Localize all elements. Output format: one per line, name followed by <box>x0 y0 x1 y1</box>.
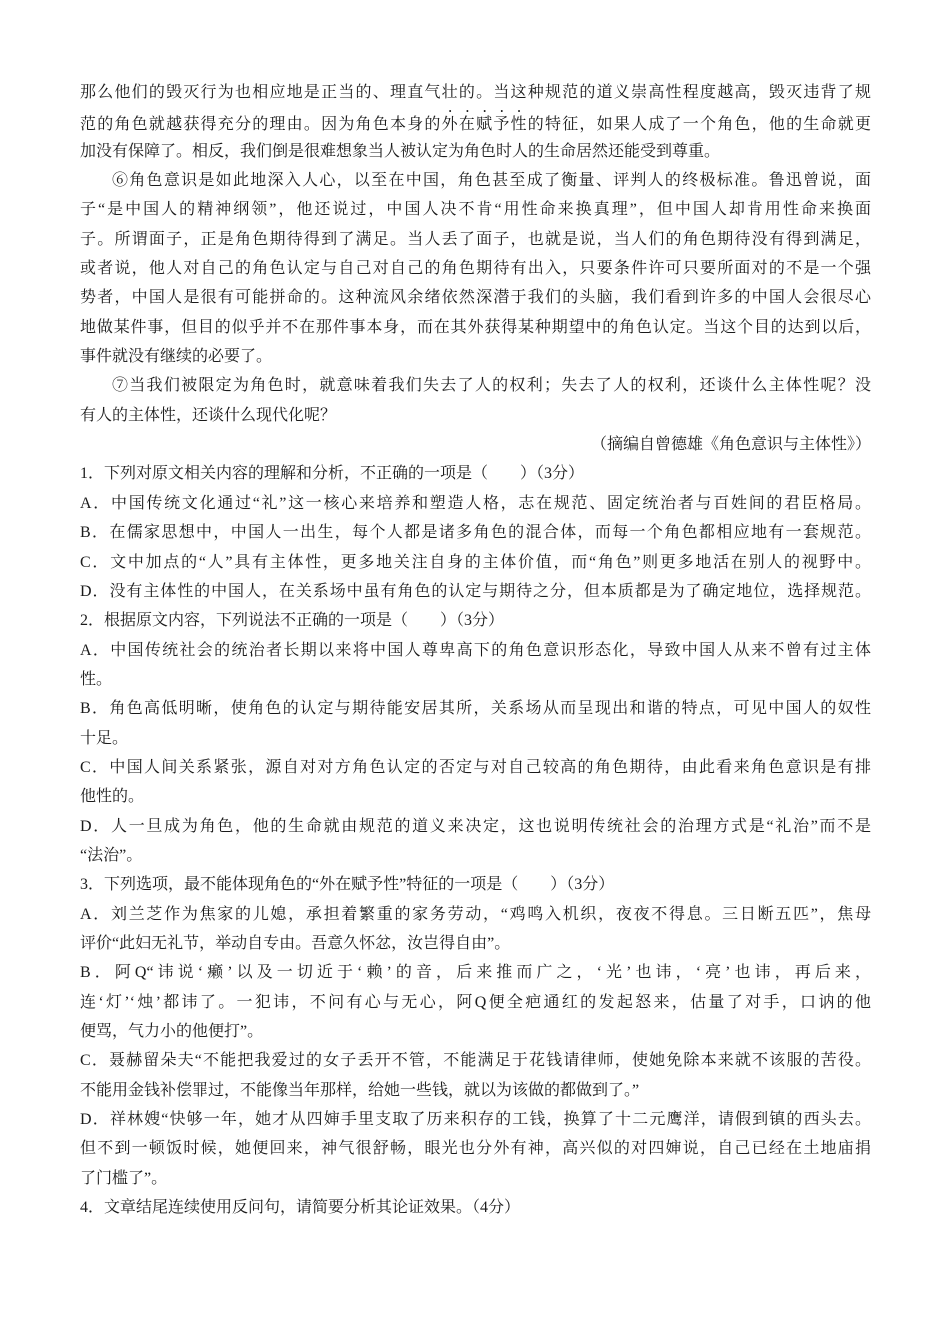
text-line: 范的角色就越获得充分的理由。因为角色本身的外在赋予性的特征，如果人成了一个角色，… <box>80 107 871 136</box>
passage-paragraph-continuation: 那么他们的毁灭行为也相应地是正当的、理直气壮的。当这种规范的道义崇高性程度越高，… <box>80 78 871 166</box>
document-content: 那么他们的毁灭行为也相应地是正当的、理直气壮的。当这种规范的道义崇高性程度越高，… <box>80 78 871 1222</box>
text-segment: 的特征，如果人成了一个角色，他的生命就更 <box>528 116 871 133</box>
text-line: 评价“此妇无礼节，举动自专由。吾意久怀忿，汝岂得自由”。 <box>80 929 871 958</box>
text-line: 1．下列对原文相关内容的理解和分析，不正确的一项是（ ）（3分） <box>80 459 871 488</box>
text-line: B．在儒家思想中，中国人一出生，每个人都是诸多角色的混合体，而每一个角色都相应地… <box>80 518 871 547</box>
text-line: （摘编自曾德雄《角色意识与主体性》） <box>80 430 871 459</box>
text-line: 了门槛了”。 <box>80 1164 871 1193</box>
question-1: 1．下列对原文相关内容的理解和分析，不正确的一项是（ ）（3分）A．中国传统文化… <box>80 459 871 606</box>
text-line: 或者说，他人对自己的角色认定与自己对自己的角色期待有出入，只要条件许可只要所面对… <box>80 254 871 283</box>
text-line: 性。 <box>80 665 871 694</box>
text-line: 十足。 <box>80 724 871 753</box>
text-line: 3．下列选项，最不能体现角色的“外在赋予性”特征的一项是（ ）（3分） <box>80 870 871 899</box>
text-line: 便骂，气力小的他便打”。 <box>80 1017 871 1046</box>
text-line: A．刘兰芝作为焦家的儿媳，承担着繁重的家务劳动，“鸡鸣入机织，夜夜不得息。三日断… <box>80 900 871 929</box>
text-segment: 范的角色就越获得充分的理由。因为角色本身的 <box>80 116 442 133</box>
text-line: C．聂赫留朵夫“不能把我爱过的女子丢开不管，不能满足于花钱请律师，使她免除本来就… <box>80 1046 871 1075</box>
text-line: C．中国人间关系紧张，源自对对方角色认定的否定与对自己较高的角色期待，由此看来角… <box>80 753 871 782</box>
emphasized-text: 外在赋予性 <box>442 116 528 133</box>
text-line: A．中国传统社会的统治者长期以来将中国人尊卑高下的角色意识形态化，导致中国人从来… <box>80 636 871 665</box>
text-line: D．祥林嫂“快够一年，她才从四婶手里支取了历来积存的工钱，换算了十二元鹰洋，请假… <box>80 1105 871 1134</box>
text-line: 势者，中国人是很有可能拼命的。这种流风余绪依然深潜于我们的头脑，我们看到许多的中… <box>80 283 871 312</box>
text-line: 2．根据原文内容，下列说法不正确的一项是（ ）（3分） <box>80 606 871 635</box>
text-line: D．没有主体性的中国人，在关系场中虽有角色的认定与期待之分，但本质都是为了确定地… <box>80 577 871 606</box>
text-line: “法治”。 <box>80 841 871 870</box>
text-line: 不能用金钱补偿罪过，不能像当年那样，给她一些钱，就以为该做的都做到了。” <box>80 1076 871 1105</box>
question-2: 2．根据原文内容，下列说法不正确的一项是（ ）（3分）A．中国传统社会的统治者长… <box>80 606 871 870</box>
text-line: D．人一旦成为角色，他的生命就由规范的道义来决定，这也说明传统社会的治理方式是“… <box>80 812 871 841</box>
text-line: ⑦当我们被限定为角色时，就意味着我们失去了人的权利；失去了人的权利，还谈什么主体… <box>80 371 871 400</box>
text-line: 加没有保障了。相反，我们倒是很难想象当人被认定为角色时人的生命居然还能受到尊重。 <box>80 137 871 166</box>
text-line: B．阿Q“讳说‘癞’以及一切近于‘赖’的音，后来推而广之，‘光’也讳，‘亮’也讳… <box>80 958 871 987</box>
text-line: 地做某件事，但目的似乎并不在那件事本身，而在其外获得某种期望中的角色认定。当这个… <box>80 313 871 342</box>
text-line: A．中国传统文化通过“礼”这一核心来培养和塑造人格，志在规范、固定统治者与百姓间… <box>80 489 871 518</box>
text-line: 子。所谓面子，正是角色期待得到了满足。当人丢了面子，也就是说，当人们的角色期待没… <box>80 225 871 254</box>
text-line: 4．文章结尾连续使用反问句，请简要分析其论证效果。（4分） <box>80 1193 871 1222</box>
text-line: 事件就没有继续的必要了。 <box>80 342 871 371</box>
text-line: 有人的主体性，还谈什么现代化呢？ <box>80 401 871 430</box>
text-line: 那么他们的毁灭行为也相应地是正当的、理直气壮的。当这种规范的道义崇高性程度越高，… <box>80 78 871 107</box>
question-4: 4．文章结尾连续使用反问句，请简要分析其论证效果。（4分） <box>80 1193 871 1222</box>
passage-paragraph-7: ⑦当我们被限定为角色时，就意味着我们失去了人的权利；失去了人的权利，还谈什么主体… <box>80 371 871 430</box>
question-3: 3．下列选项，最不能体现角色的“外在赋予性”特征的一项是（ ）（3分）A．刘兰芝… <box>80 870 871 1193</box>
passage-attribution: （摘编自曾德雄《角色意识与主体性》） <box>80 430 871 459</box>
text-line: 他性的。 <box>80 782 871 811</box>
text-line: 但不到一顿饭时候，她便回来，神气很舒畅，眼光也分外有神，高兴似的对四婶说，自己已… <box>80 1134 871 1163</box>
passage-paragraph-6: ⑥角色意识是如此地深入人心，以至在中国，角色甚至成了衡量、评判人的终极标准。鲁迅… <box>80 166 871 371</box>
text-line: B．角色高低明晰，使角色的认定与期待能安居其所，关系场从而呈现出和谐的特点，可见… <box>80 694 871 723</box>
exam-document-page: 那么他们的毁灭行为也相应地是正当的、理直气壮的。当这种规范的道义崇高性程度越高，… <box>0 0 950 1344</box>
text-line: 连‘灯’‘烛’都讳了。一犯讳，不问有心与无心，阿Q便全疤通红的发起怒来，估量了对… <box>80 988 871 1017</box>
text-line: 子“是中国人的精神纲领”，他还说过，中国人决不肯“用性命来换真理”，但中国人却肯… <box>80 195 871 224</box>
text-line: C．文中加点的“人”具有主体性，更多地关注自身的主体价值，而“角色”则更多地活在… <box>80 548 871 577</box>
text-line: ⑥角色意识是如此地深入人心，以至在中国，角色甚至成了衡量、评判人的终极标准。鲁迅… <box>80 166 871 195</box>
